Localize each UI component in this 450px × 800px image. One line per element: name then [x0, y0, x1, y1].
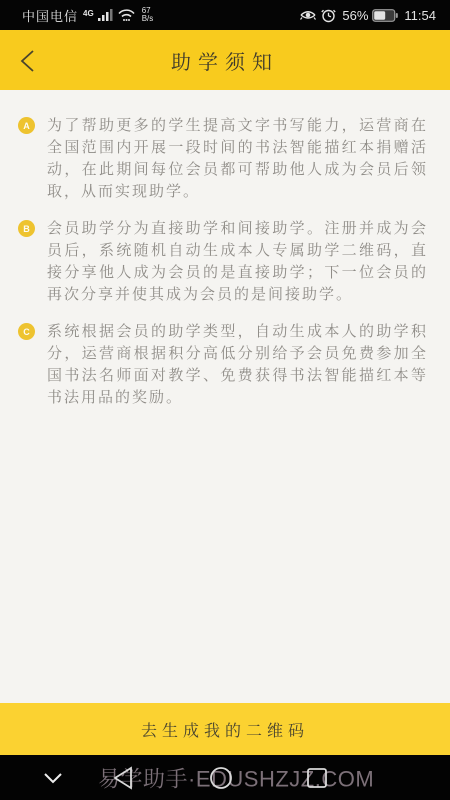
alarm-clock-icon — [321, 8, 336, 23]
wifi-icon — [118, 9, 135, 22]
notice-item-a: A 为了帮助更多的学生提高文字书写能力，运营商在全国范围内开展一段时间的书法智能… — [18, 114, 428, 202]
home-circle-icon — [209, 766, 233, 790]
hide-navbar-button[interactable] — [38, 763, 68, 793]
network-type-label: 4G — [83, 9, 94, 18]
notice-content: A 为了帮助更多的学生提高文字书写能力，运营商在全国范围内开展一段时间的书法智能… — [0, 90, 450, 703]
page-title: 助学须知 — [171, 46, 279, 75]
carrier-label: 中国电信 — [22, 6, 78, 25]
nav-home-button[interactable] — [208, 765, 234, 791]
bullet-a: A — [18, 117, 35, 134]
header-bar: 助学须知 — [0, 30, 450, 90]
android-nav-bar: 易学助手·EDUSHZJZ.COM — [0, 755, 450, 800]
network-speed: 67 B/s — [142, 7, 154, 23]
status-bar-left: 中国电信 4G 67 B/s — [22, 6, 153, 25]
generate-qrcode-label: 去生成我的二维码 — [141, 718, 309, 741]
eye-comfort-icon — [299, 8, 317, 22]
phone-screen: 中国电信 4G 67 B/s — [0, 0, 450, 800]
nav-recents-button[interactable] — [304, 765, 330, 791]
back-triangle-icon — [112, 766, 134, 790]
clock-label: 11:54 — [404, 8, 436, 23]
notice-text-a: 为了帮助更多的学生提高文字书写能力，运营商在全国范围内开展一段时间的书法智能描红… — [47, 114, 428, 202]
speed-unit: B/s — [142, 15, 154, 23]
chevron-down-icon — [43, 772, 63, 784]
signal-strength-icon — [98, 9, 114, 21]
status-bar: 中国电信 4G 67 B/s — [0, 0, 450, 30]
back-chevron-icon — [18, 49, 36, 73]
notice-item-b: B 会员助学分为直接助学和间接助学。注册并成为会员后，系统随机自动生成本人专属助… — [18, 217, 428, 305]
battery-icon — [372, 9, 398, 22]
status-bar-right: 56% 11:54 — [299, 8, 436, 23]
back-button[interactable] — [10, 44, 44, 78]
notice-text-b: 会员助学分为直接助学和间接助学。注册并成为会员后，系统随机自动生成本人专属助学二… — [47, 217, 428, 305]
notice-item-c: C 系统根据会员的助学类型，自动生成本人的助学积分，运营商根据积分高低分别给予会… — [18, 320, 428, 408]
bullet-b: B — [18, 220, 35, 237]
recents-square-icon — [306, 767, 328, 789]
watermark-text: 易学助手·EDUSHZJZ.COM — [98, 762, 374, 793]
battery-percent-label: 56% — [342, 8, 368, 23]
nav-back-button[interactable] — [110, 765, 136, 791]
generate-qrcode-button[interactable]: 去生成我的二维码 — [0, 703, 450, 755]
notice-text-c: 系统根据会员的助学类型，自动生成本人的助学积分，运营商根据积分高低分别给予会员免… — [47, 320, 428, 408]
bullet-c: C — [18, 323, 35, 340]
